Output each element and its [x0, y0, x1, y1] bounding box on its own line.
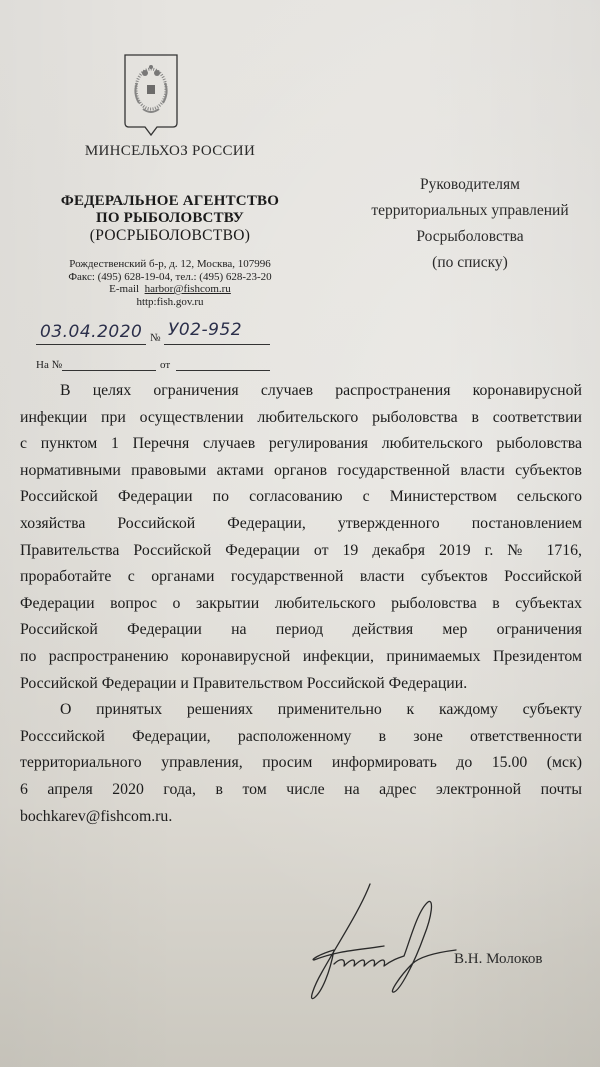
text-line: нормативными правовыми актами органов го… — [20, 458, 582, 485]
agency-block: ФЕДЕРАЛЬНОЕ АГЕНТСТВО ПО РЫБОЛОВСТВУ (РО… — [30, 193, 310, 244]
text-line: территориального управления, просим инфо… — [20, 750, 582, 777]
paragraph-2: О принятых решениях применительно к кажд… — [20, 697, 582, 830]
address: Рождественский б-р, д. 12, Москва, 10799… — [30, 258, 310, 271]
agency-name-line2: ПО РЫБОЛОВСТВУ — [30, 210, 310, 227]
website-link[interactable]: http:fish.gov.ru — [30, 296, 310, 309]
text-line: с пунктом 1 Перечня случаев регулировани… — [20, 431, 582, 458]
text-line: проработайте с органами государственной … — [20, 564, 582, 591]
outgoing-number: У02-952 — [168, 320, 242, 340]
text-line: Росссийской Федерации, расположенному в … — [20, 724, 582, 751]
letter-body: В целях ограничения случаев распростране… — [20, 378, 582, 830]
text-line: хозяйства Российской Федерации, утвержде… — [20, 511, 582, 538]
paragraph-1: В целях ограничения случаев распростране… — [20, 378, 582, 697]
reply-to-field — [62, 370, 156, 371]
number-underline — [164, 344, 270, 345]
text-line: bochkarev@fishcom.ru. — [20, 804, 582, 831]
text-line: В целях ограничения случаев распростране… — [20, 378, 582, 405]
registration-block: 03.04.2020 № У02-952 На № от — [36, 318, 276, 378]
from-field — [176, 370, 270, 371]
email-label: E-mail — [109, 283, 139, 295]
agency-short-name: (РОСРЫБОЛОВСТВО) — [30, 227, 310, 244]
text-line: Федерации вопрос о закрытии любительског… — [20, 591, 582, 618]
email-link[interactable]: harbor@fishcom.ru — [145, 283, 231, 295]
coat-of-arms-icon — [123, 53, 179, 137]
text-line: Российской Федерации на период действия … — [20, 617, 582, 644]
text-line: Российской Федерации по согласованию с М… — [20, 484, 582, 511]
text-line: Российской Федерации и Правительством Ро… — [20, 671, 582, 698]
outgoing-date: 03.04.2020 — [40, 322, 142, 342]
text-line: по распространению коронавирусной инфекц… — [20, 644, 582, 671]
signatory-name: В.Н. Молоков — [454, 951, 542, 968]
reply-to-label: На № — [36, 359, 62, 371]
text-line: 6 апреля 2020 года, в том числе на адрес… — [20, 777, 582, 804]
number-label: № — [150, 332, 161, 344]
recipient-line: (по списку) — [345, 250, 595, 276]
recipient-line: территориальных управлений — [345, 198, 595, 224]
from-label: от — [160, 359, 170, 371]
ministry-name: МИНСЕЛЬХОЗ РОССИИ — [50, 143, 290, 160]
text-line: инфекции при осуществлении любительского… — [20, 405, 582, 432]
agency-name-line1: ФЕДЕРАЛЬНОЕ АГЕНТСТВО — [30, 193, 310, 210]
text-line: О принятых решениях применительно к кажд… — [20, 697, 582, 724]
date-underline — [36, 344, 146, 345]
recipient-line: Руководителям — [345, 172, 595, 198]
recipient-block: Руководителям территориальных управлений… — [345, 172, 595, 276]
phones: Факс: (495) 628-19-04, тел.: (495) 628-2… — [30, 271, 310, 284]
text-line: Правительства Российской Федерации от 19… — [20, 538, 582, 565]
handwritten-signature — [300, 880, 470, 1010]
email-row: E-mail harbor@fishcom.ru — [30, 283, 310, 296]
recipient-line: Росрыболовства — [345, 224, 595, 250]
agency-contacts: Рождественский б-р, д. 12, Москва, 10799… — [30, 258, 310, 308]
